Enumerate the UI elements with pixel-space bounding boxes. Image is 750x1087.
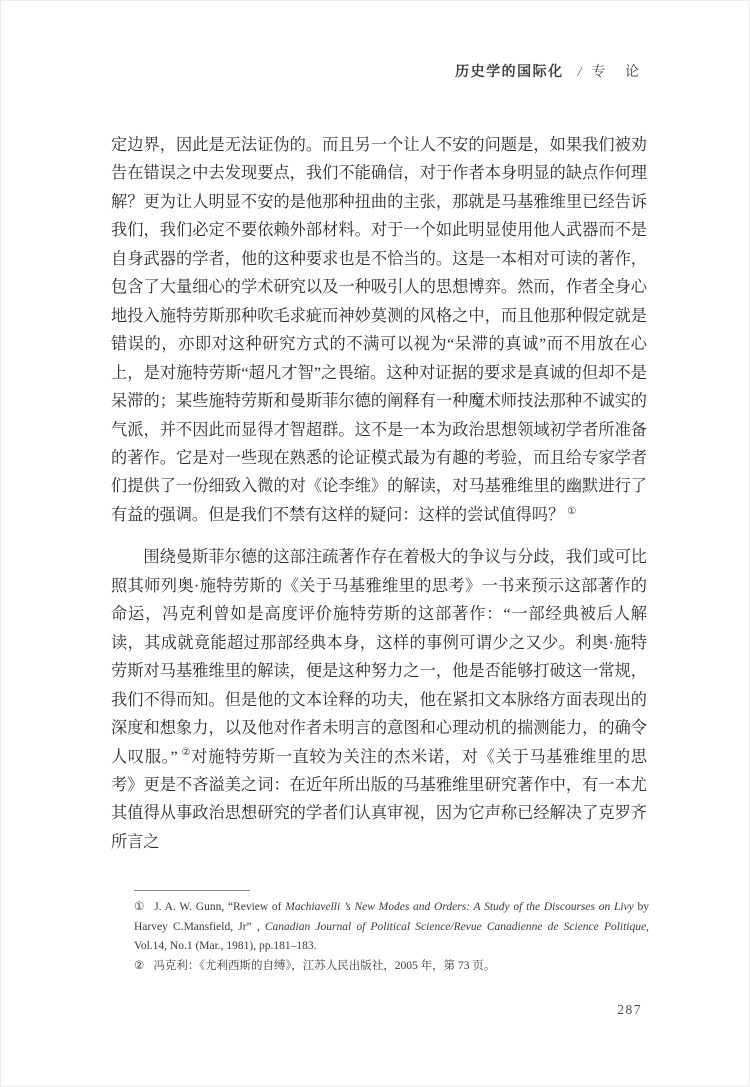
header-separator: / [578,65,582,80]
paragraph-text: 对施特劳斯一直较为关注的杰米诺，对《关于马基雅维里的思考》更是不吝溢美之词：在近… [111,748,647,851]
body-text: 定边界，因此是无法证伪的。而且另一个让人不安的问题是，如果我们被劝告在错误之中去… [111,131,647,856]
footnote-text: Canadian Journal of Political Science/Re… [265,921,646,933]
paragraph-text: 定边界，因此是无法证伪的。而且另一个让人不安的问题是，如果我们被劝告在错误之中去… [111,136,647,524]
footnote-reference: ② [181,747,191,758]
footnote-divider [134,890,250,891]
document-page: 历史学的国际化/专 论 定边界，因此是无法证伪的。而且另一个让人不安的问题是，如… [0,0,750,1087]
footnote-text: Machiavelli ’s New Modes and Orders: A S… [285,901,634,913]
column-name: 专 论 [592,65,648,80]
journal-section-title: 历史学的国际化 [455,65,564,80]
footnote-marker: ① [134,901,145,913]
footnotes-section: ①J. A. W. Gunn, “Review of Machiavelli ’… [134,898,649,976]
footnote-item: ②冯克利：《尤利西斯的自缚》，江苏人民出版社，2005 年，第 73 页。 [134,957,649,977]
footnote-marker: ② [134,960,144,972]
footnote-reference: ① [567,506,576,517]
body-paragraph: 定边界，因此是无法证伪的。而且另一个让人不安的问题是，如果我们被劝告在错误之中去… [111,131,647,529]
footnote-text: J. A. W. Gunn, “Review of [154,901,285,913]
body-paragraph: 围绕曼斯菲尔德的这部注疏著作存在着极大的争议与分歧，我们或可比照其师列奥·施特劳… [111,543,647,856]
footnote-text: 冯克利：《尤利西斯的自缚》，江苏人民出版社，2005 年，第 73 页。 [153,960,495,972]
page-header: 历史学的国际化/专 论 [455,61,647,81]
paragraph-text: 围绕曼斯菲尔德的这部注疏著作存在着极大的争议与分歧，我们或可比照其师列奥·施特劳… [111,548,647,765]
footnote-item: ①J. A. W. Gunn, “Review of Machiavelli ’… [134,898,649,957]
page-number: 287 [617,1002,642,1018]
